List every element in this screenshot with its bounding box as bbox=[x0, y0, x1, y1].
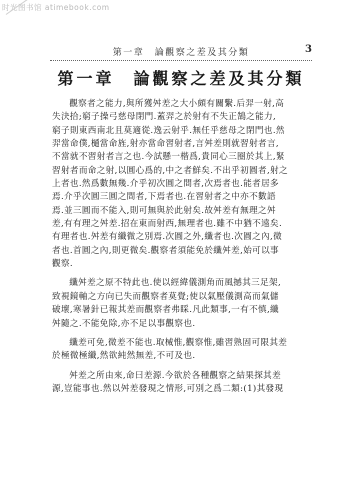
text-line: 差,有有理之舛差.招在東而射西,無理者也.雖不中猶不遠矣. bbox=[52, 218, 310, 231]
text-line: 不當就不習射者言之也.今試懸一楷爲,貴同心三圈於其上,緊 bbox=[52, 151, 310, 164]
running-head: 第一章 論觀察之差及其分類 3 bbox=[50, 44, 312, 58]
text-line: 失決拾;窮子操弓慈母閉門.蓋羿之於射有不失正鵠之能力, bbox=[52, 111, 310, 124]
text-line: 焉.介乎次圓三圓之間者,下焉者也.在習射者之中亦不數語 bbox=[52, 191, 310, 204]
text-line: 源,豈能事也.然以舛差發現之情形,可別之爲二類:(1)其發現 bbox=[52, 383, 310, 396]
page-number: 3 bbox=[305, 44, 312, 55]
text-line: 舛差之所由來,命曰差源.今欲於各種觀察之結果探其差 bbox=[52, 370, 310, 383]
text-line: 窮子則東西南北且莫適從.逸云射乎.無任乎慈母之閉門也.然 bbox=[52, 125, 310, 138]
paragraph-1: 觀察者之能力,與所獲舛差之大小頗有關繫.后羿一射,高 失決拾;窮子操弓慈母閉門.… bbox=[52, 98, 310, 271]
body-text: 觀察者之能力,與所獲舛差之大小頗有關繫.后羿一射,高 失決拾;窮子操弓慈母閉門.… bbox=[52, 98, 310, 396]
text-line: 致視鏡軸之方向已失而觀察者莫覺;使以氣壓儀測高而氣儲 bbox=[52, 291, 310, 304]
text-line: 上者也.然爲數無幾.介乎初次圓之間者,次焉者也.能者居多 bbox=[52, 178, 310, 191]
text-line: 習射者而命之射,以圓心爲的,中之者鮮矣.不出乎初圓者,射之 bbox=[52, 165, 310, 178]
text-line: 於極微極纖,然欲純然無差,不可及也. bbox=[52, 350, 310, 363]
text-line: 破壞,寒暑針已報其差而觀察者弗睬.凡此類事,一有不慎,纖 bbox=[52, 304, 310, 317]
text-line: 羿當命僕,樋當命旌,射亦當命習射者,言舛差則就習射者言, bbox=[52, 138, 310, 151]
watermark: 时光图书馆 atimebook.com bbox=[2, 2, 110, 13]
text-line: 纖舛差之原不特此也.使以經緯儀測角而風撼其三足架, bbox=[52, 277, 310, 290]
text-line: 有理者也.舛差有纖微之別焉.次圓之外,纖者也.次圓之內,微 bbox=[52, 231, 310, 244]
text-line: 者也.首圓之內,則更微矣.觀察者須能免於纖舛差,始可以事 bbox=[52, 245, 310, 258]
text-line: 焉.並三圓而不能入,則可無與於此射矣.故舛差有無理之舛 bbox=[52, 205, 310, 218]
header-rule bbox=[50, 60, 312, 61]
paragraph-2: 纖舛差之原不特此也.使以經緯儀測角而風撼其三足架, 致視鏡軸之方向已失而觀察者莫… bbox=[52, 277, 310, 330]
paragraph-4: 舛差之所由來,命曰差源.今欲於各種觀察之結果探其差 源,豈能事也.然以舛差發現之… bbox=[52, 370, 310, 397]
running-title: 第一章 論觀察之差及其分類 bbox=[50, 45, 312, 58]
text-line: 纖差可免,微差不能也.取械惟,觀察惟,雖習熟固可限其差 bbox=[52, 337, 310, 350]
text-line: 舛隨之.不能免除,亦不足以事觀察也. bbox=[52, 318, 310, 331]
chapter-title: 第一章 論觀察之差及其分類 bbox=[50, 66, 312, 89]
text-line: 觀察者之能力,與所獲舛差之大小頗有關繫.后羿一射,高 bbox=[52, 98, 310, 111]
paragraph-3: 纖差可免,微差不能也.取械惟,觀察惟,雖習熟固可限其差 於極微極纖,然欲純然無差… bbox=[52, 337, 310, 364]
text-line: 觀察. bbox=[52, 258, 310, 271]
